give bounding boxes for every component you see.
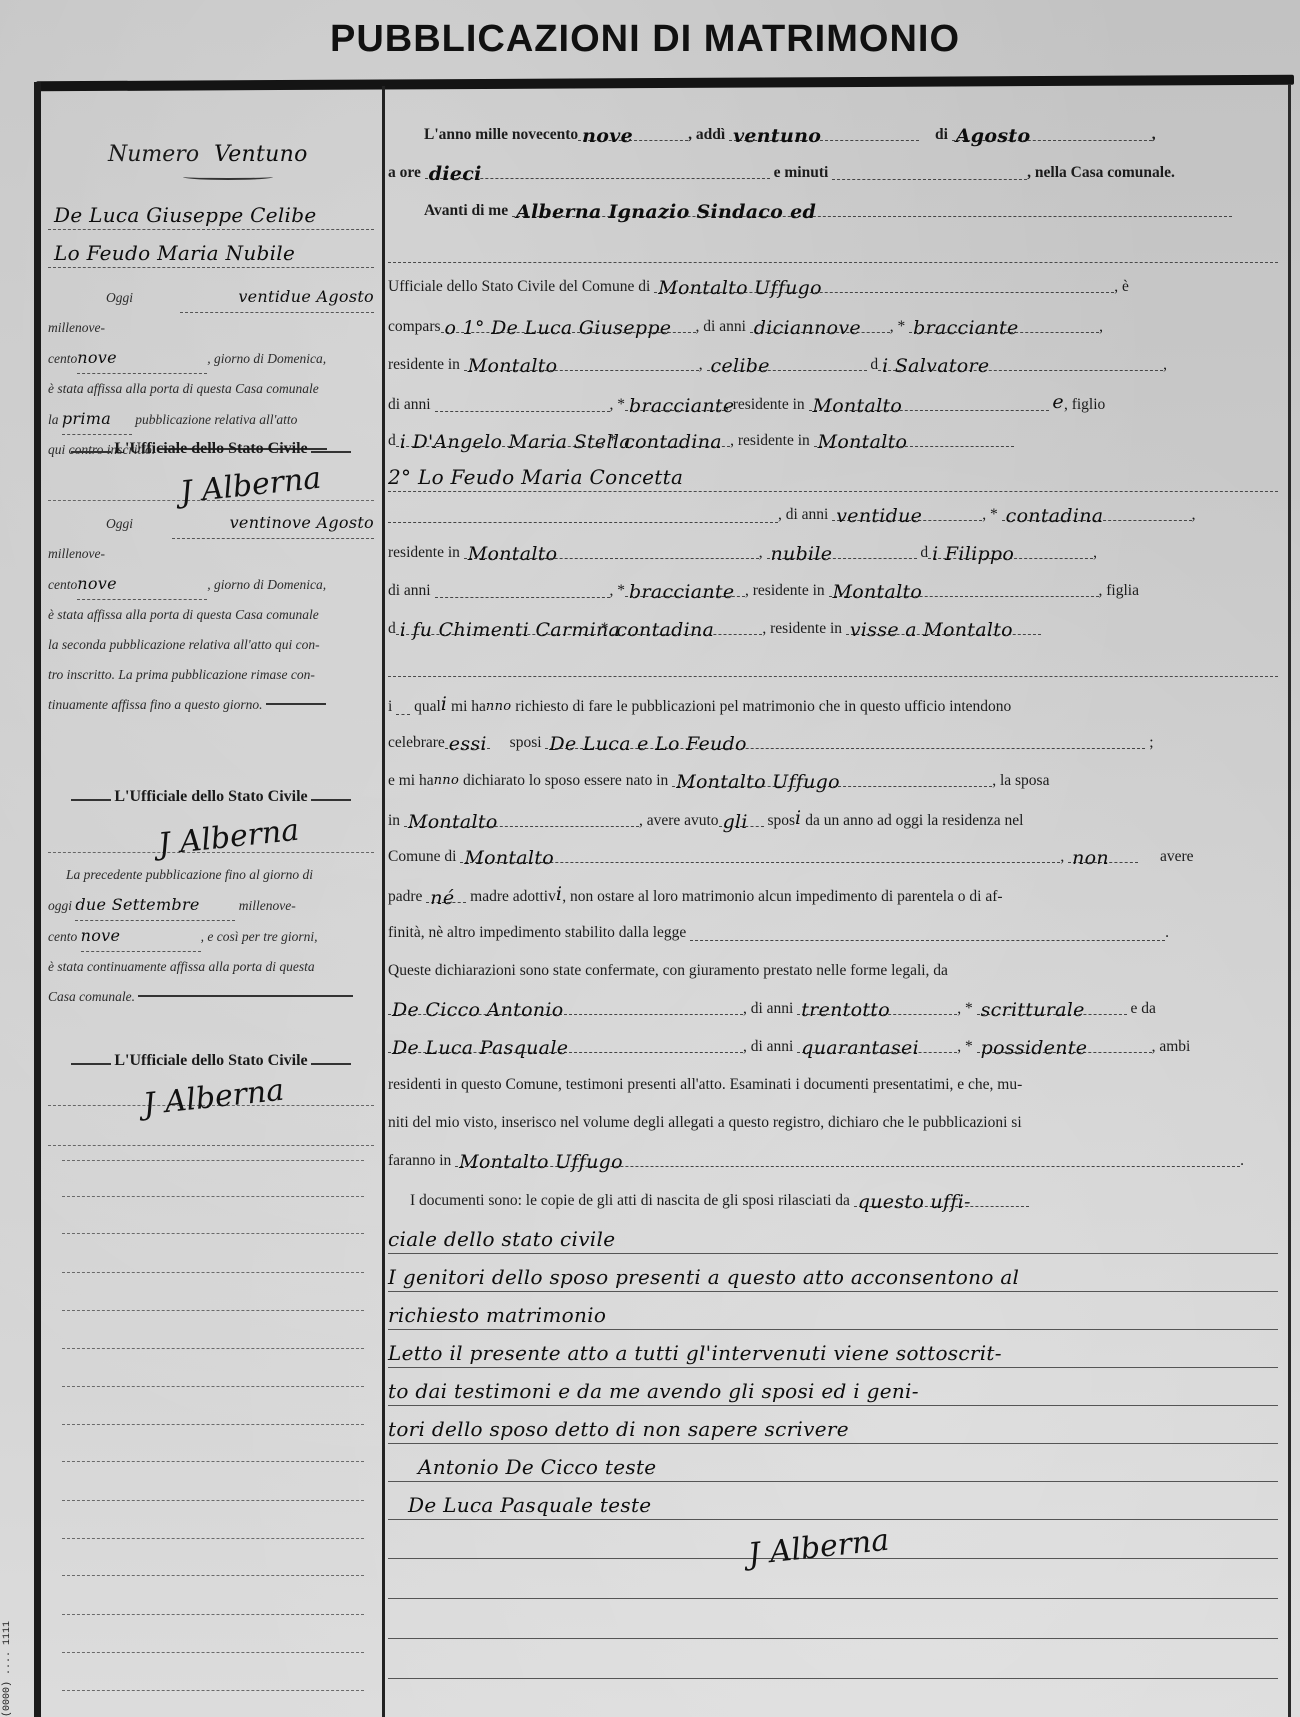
static-text: finità, nè altro impedimento stabilito d… bbox=[388, 924, 686, 941]
blank-line bbox=[388, 1638, 1278, 1639]
numero-value: Ventuno bbox=[214, 142, 308, 167]
rule bbox=[62, 1348, 364, 1349]
label: d bbox=[388, 432, 396, 449]
static-text: tro inscritto. La prima pubblicazione ri… bbox=[48, 660, 374, 690]
groom-mother-profession: contadina bbox=[620, 427, 730, 447]
documents-row: I documenti sono: le copie de gli atti d… bbox=[388, 1186, 1278, 1216]
witness-signature-line: Antonio De Cicco teste bbox=[388, 1452, 1278, 1482]
rule bbox=[62, 1272, 364, 1273]
spouse-name-line: De Luca Giuseppe Celibe bbox=[48, 200, 374, 230]
label: sposi bbox=[510, 734, 542, 751]
final-posting-date: due Settembre bbox=[75, 890, 235, 921]
groom-age: diciannove bbox=[750, 313, 890, 333]
first-posting-block: Oggi ventidue Agosto millenove- centonov… bbox=[48, 282, 374, 465]
blank bbox=[690, 921, 1165, 941]
static-text: è stata affissa alla porta di questa Cas… bbox=[48, 600, 374, 630]
witness-signature: Antonio De Cicco teste bbox=[418, 1455, 656, 1479]
label: faranno in bbox=[388, 1152, 451, 1169]
label: L'anno mille novecento bbox=[424, 126, 578, 143]
label: I documenti sono: l bbox=[410, 1192, 530, 1209]
static-text: pubblicazione relativa all'atto bbox=[135, 412, 297, 427]
officer-heading: L'Ufficiale dello Stato Civile bbox=[48, 788, 374, 806]
label: , giorno di Domenica, bbox=[207, 351, 326, 366]
faranno-row: faranno in Montalto Uffugo. bbox=[388, 1146, 1278, 1176]
request-row: i quali mi hanno richiesto di fare le pu… bbox=[388, 690, 1278, 720]
bride-father-row: di anni , *bracciante, residente in Mont… bbox=[388, 576, 1278, 606]
label: di bbox=[935, 126, 948, 143]
witness-signature: De Luca Pasquale teste bbox=[408, 1493, 651, 1517]
second-posting-year: nove bbox=[77, 569, 207, 600]
label: residente in bbox=[388, 356, 460, 373]
suffix: nno bbox=[486, 699, 511, 714]
witness-signature-line: De Luca Pasquale teste bbox=[388, 1490, 1278, 1520]
static-text: , e così per tre giorni, bbox=[201, 929, 318, 944]
publication-ordinal: prima bbox=[62, 404, 132, 435]
document-title: PUBBLICAZIONI DI MATRIMONIO bbox=[0, 18, 1300, 61]
handwritten-text: richiesto matrimonio bbox=[388, 1303, 606, 1327]
spouses-surnames: De Luca e Lo Feudo bbox=[545, 729, 1145, 749]
rule bbox=[62, 1310, 364, 1311]
label: , residente in bbox=[762, 620, 842, 637]
documents-issuer: questo uffi- bbox=[854, 1187, 1029, 1207]
rule bbox=[62, 1196, 364, 1197]
label: Oggi bbox=[106, 516, 133, 531]
decorative-swash bbox=[183, 174, 273, 180]
witness-name: De Luca Pasquale bbox=[388, 1033, 743, 1053]
residence-row: in Montalto, avere avutogli sposi da un … bbox=[388, 804, 1278, 834]
first-posting-date: ventidue Agosto bbox=[180, 282, 374, 313]
column-divider bbox=[382, 86, 385, 1717]
label: i bbox=[388, 698, 392, 715]
comune-row: Ufficiale dello Stato Civile del Comune … bbox=[388, 272, 1278, 302]
label: Ufficiale dello Stato Civile del Comune … bbox=[388, 278, 650, 295]
rule bbox=[62, 1652, 364, 1653]
handwritten-line: Letto il presente atto a tutti gl'interv… bbox=[388, 1338, 1278, 1368]
avuto-value: gli bbox=[719, 807, 764, 827]
handwritten-text: Letto il presente atto a tutti gl'interv… bbox=[388, 1341, 1002, 1365]
bride-mother-profession: contadina bbox=[612, 615, 762, 635]
rule bbox=[62, 1424, 364, 1425]
label: celebrare bbox=[388, 734, 445, 751]
bride-mother-row: di fu Chimenti Carmina* contadina, resid… bbox=[388, 614, 1278, 644]
witness-profession: possidente bbox=[977, 1033, 1152, 1053]
bride-name-status: Lo Feudo Maria Nubile bbox=[54, 241, 295, 265]
officer-final-signature: J Alberna bbox=[747, 1523, 891, 1573]
label: , la sposa bbox=[992, 772, 1049, 789]
impediment-row: padre né madre adottivi, non ostare al l… bbox=[388, 880, 1278, 910]
static-text: , non ostare al loro matrimonio alcun im… bbox=[562, 888, 1002, 905]
rule bbox=[62, 1160, 364, 1161]
witness-name: De Cicco Antonio bbox=[388, 995, 743, 1015]
label: di anni bbox=[388, 582, 431, 599]
witness-text-row: residenti in questo Comune, testimoni pr… bbox=[388, 1070, 1278, 1100]
label: di anni bbox=[388, 396, 431, 413]
second-posting-date: ventinove Agosto bbox=[172, 508, 374, 539]
suffix: i bbox=[556, 883, 562, 905]
first-posting-year: nove bbox=[77, 343, 207, 374]
blank-line bbox=[388, 1598, 1278, 1599]
label: e da bbox=[1131, 1000, 1156, 1017]
frame-right-border bbox=[1288, 84, 1291, 1717]
groom-name: o 1° De Luca Giuseppe bbox=[441, 313, 696, 333]
label: , residente in bbox=[730, 432, 810, 449]
label: , giorno di Domenica, bbox=[207, 577, 326, 592]
label: mi ha bbox=[451, 698, 486, 715]
handwritten-line: ciale dello stato civile bbox=[388, 1224, 1278, 1254]
static-text: residenti in questo Comune, testimoni pr… bbox=[388, 1076, 1022, 1093]
label: , è bbox=[1114, 278, 1129, 295]
label: , ambi bbox=[1152, 1038, 1191, 1055]
label: d bbox=[388, 620, 396, 637]
bride-father-residence: Montalto bbox=[829, 577, 1099, 597]
spouse-name-line: Lo Feudo Maria Nubile bbox=[48, 238, 374, 268]
static-text: Queste dichiarazioni sono state conferma… bbox=[388, 962, 948, 979]
groom-residence-row: residente in Montalto, celibe di Salvato… bbox=[388, 350, 1278, 380]
minutes-value bbox=[832, 160, 1027, 180]
label: a ore bbox=[388, 164, 421, 181]
groom-father-residence: Montalto bbox=[809, 391, 1049, 411]
final-posting-block: La precedente pubblicazione fino al gior… bbox=[48, 860, 374, 1012]
comune-residence-row: Comune di Montalto, non avere bbox=[388, 842, 1278, 872]
blank-line bbox=[48, 1145, 374, 1146]
rule bbox=[138, 995, 353, 997]
groom-mother: i D'Angelo Maria Stella bbox=[396, 427, 601, 447]
label: cento bbox=[48, 929, 77, 944]
label: qual bbox=[414, 698, 441, 715]
bride-father-profession: bracciante bbox=[625, 577, 745, 597]
officer-signature: J Alberna bbox=[179, 461, 323, 511]
rule bbox=[62, 1233, 364, 1234]
label: Oggi bbox=[106, 290, 133, 305]
bride-mother: i fu Chimenti Carmina bbox=[396, 615, 601, 635]
handwritten-line: to dai testimoni e da me avendo gli spos… bbox=[388, 1376, 1278, 1406]
label: in bbox=[388, 812, 400, 829]
static-text: è stata affissa alla porta di questa Cas… bbox=[48, 374, 374, 404]
residence-comune: Montalto bbox=[460, 843, 1060, 863]
groom-residence: Montalto bbox=[464, 351, 699, 371]
rule bbox=[62, 1575, 364, 1576]
label: , di anni bbox=[743, 1038, 793, 1055]
label: millenove- bbox=[239, 898, 296, 913]
suffix: i bbox=[441, 693, 447, 715]
label: oggi bbox=[48, 898, 72, 913]
blank bbox=[396, 695, 410, 715]
witness-age: quarantasei bbox=[797, 1033, 957, 1053]
label: Avanti di me bbox=[424, 202, 508, 219]
label: millenove- bbox=[48, 320, 105, 335]
handwritten-line: richiesto matrimonio bbox=[388, 1300, 1278, 1330]
label: spos bbox=[767, 812, 795, 829]
numero-label: Numero bbox=[108, 142, 199, 167]
celebrate-row: celebrareessi sposi De Luca e Lo Feudo ; bbox=[388, 728, 1278, 758]
rule bbox=[62, 1538, 364, 1539]
blank-line bbox=[388, 262, 1278, 263]
blank bbox=[388, 503, 778, 523]
margin-stamp: (0000) .... 1111 bbox=[2, 1500, 16, 1717]
publication-place: Montalto Uffugo bbox=[455, 1147, 1240, 1167]
officer-name-value: Alberna Ignazio Sindaco ed bbox=[512, 197, 1232, 217]
rule bbox=[62, 1614, 364, 1615]
label: cento bbox=[48, 577, 77, 592]
frame-top-border bbox=[36, 75, 1294, 92]
label: compars bbox=[388, 318, 441, 335]
witness-age: trentotto bbox=[797, 995, 957, 1015]
witness-profession: scritturale bbox=[977, 995, 1127, 1015]
groom-mother-residence: Montalto bbox=[814, 427, 1014, 447]
label: da un anno ad oggi la residenza nel bbox=[805, 812, 1023, 829]
month-value: Agosto bbox=[952, 121, 1152, 141]
bride-profession: contadina bbox=[1002, 501, 1192, 521]
non-value: non bbox=[1068, 843, 1138, 863]
time-row: a ore dieci e minuti , nella Casa comuna… bbox=[388, 158, 1278, 188]
static-text: tinuamente affissa fino a questo giorno. bbox=[48, 697, 263, 712]
label: , addì bbox=[688, 126, 725, 143]
handwritten-line: tori dello sposo detto di non sapere scr… bbox=[388, 1414, 1278, 1444]
day-value: ventuno bbox=[729, 121, 919, 141]
label: , di anni bbox=[778, 506, 828, 523]
bride-birthplace: Montalto bbox=[404, 807, 639, 827]
witness-text-row: niti del mio visto, inserisco nel volume… bbox=[388, 1108, 1278, 1138]
witness-row: De Cicco Antonio, di anni trentotto, * s… bbox=[388, 994, 1278, 1024]
label: residente in bbox=[388, 544, 460, 561]
bride-name-line: 2° Lo Feudo Maria Concetta bbox=[388, 462, 1278, 492]
officer-row: Avanti di me Alberna Ignazio Sindaco ed bbox=[388, 196, 1278, 226]
rule bbox=[62, 1690, 364, 1691]
label: , residente in bbox=[745, 582, 825, 599]
groom-row: comparso 1° De Luca Giuseppe, di anni di… bbox=[388, 312, 1278, 342]
groom-profession: bracciante bbox=[909, 313, 1099, 333]
blank-line bbox=[388, 1678, 1278, 1679]
label: madre adottiv bbox=[470, 888, 556, 905]
label: padre bbox=[388, 888, 422, 905]
label: , di anni bbox=[743, 1000, 793, 1017]
groom-father-profession: bracciante bbox=[625, 391, 725, 411]
hour-value: dieci bbox=[425, 159, 770, 179]
year-date-row: L'anno mille novecentonove, addì ventuno… bbox=[388, 120, 1278, 150]
groom-father: i Salvatore bbox=[878, 351, 1163, 371]
record-number: Numero Ventuno bbox=[108, 142, 308, 167]
rule bbox=[266, 703, 326, 705]
blank-line bbox=[388, 676, 1278, 677]
bride-mother-residence: visse a Montalto bbox=[846, 615, 1041, 635]
bride-age: ventidue bbox=[832, 501, 982, 521]
static-text: richiesto di fare le pubblicazioni pel m… bbox=[515, 698, 1011, 715]
rule bbox=[62, 1461, 364, 1462]
groom-birthplace: Montalto Uffugo bbox=[672, 767, 992, 787]
label: Comune di bbox=[388, 848, 456, 865]
officer-heading: L'Ufficiale dello Stato Civile bbox=[48, 440, 374, 458]
label: , figlia bbox=[1099, 582, 1139, 599]
static-text: è stata continuamente affissa alla porta… bbox=[48, 952, 374, 982]
groom-father-age bbox=[435, 392, 610, 412]
label: ; bbox=[1149, 734, 1153, 751]
padre-value: né bbox=[426, 883, 466, 903]
final-posting-year: nove bbox=[81, 921, 201, 952]
label: e mi ha bbox=[388, 772, 434, 789]
static-text: la seconda pubblicazione relativa all'at… bbox=[48, 630, 374, 660]
bride-father: i Filippo bbox=[928, 539, 1093, 559]
groom-marital-status: celibe bbox=[707, 351, 867, 371]
label: la bbox=[48, 412, 59, 427]
label: , nella Casa comunale. bbox=[1027, 164, 1175, 181]
frame-left-border bbox=[34, 82, 41, 1717]
groom-name-status: De Luca Giuseppe Celibe bbox=[54, 203, 317, 227]
static-text: La precedente pubblicazione fino al gior… bbox=[48, 860, 374, 890]
bride-residence: Montalto bbox=[464, 539, 759, 559]
connector: e bbox=[1052, 391, 1064, 413]
bride-residence-row: residente in Montalto, nubile di Filippo… bbox=[388, 538, 1278, 568]
label: d bbox=[870, 356, 878, 373]
suffix: i bbox=[795, 807, 801, 829]
rule bbox=[62, 1386, 364, 1387]
label: cento bbox=[48, 351, 77, 366]
comune-value: Montalto Uffugo bbox=[654, 273, 1114, 293]
officer-signature: J Alberna bbox=[157, 813, 301, 863]
handwritten-text: tori dello sposo detto di non sapere scr… bbox=[388, 1417, 849, 1441]
groom-mother-row: di D'Angelo Maria Stella, * contadina, r… bbox=[388, 426, 1278, 456]
bride-name: 2° Lo Feudo Maria Concetta bbox=[388, 465, 683, 489]
bride-marital-status: nubile bbox=[767, 539, 917, 559]
year-value: nove bbox=[578, 121, 688, 141]
static-text: niti del mio visto, inserisco nel volume… bbox=[388, 1114, 1022, 1131]
rule bbox=[62, 1500, 364, 1501]
handwritten-text: to dai testimoni e da me avendo gli spos… bbox=[388, 1379, 919, 1403]
static-text: e copie de gli atti di nascita de gli sp… bbox=[530, 1192, 850, 1209]
document-page: PUBBLICAZIONI DI MATRIMONIO (0000) .... … bbox=[0, 0, 1300, 1717]
witness-intro-row: Queste dichiarazioni sono state conferma… bbox=[388, 956, 1278, 986]
label: e minuti bbox=[774, 164, 829, 181]
celebrare-value: essi bbox=[445, 729, 490, 749]
label: dichiarato lo sposo essere nato in bbox=[463, 772, 668, 789]
birthplace-row: e mi hanno dichiarato lo sposo essere na… bbox=[388, 766, 1278, 796]
handwritten-text: I genitori dello sposo presenti a questo… bbox=[388, 1265, 1019, 1289]
groom-father-row: di anni , *bracciante, residente in Mont… bbox=[388, 388, 1278, 418]
finita-row: finità, nè altro impedimento stabilito d… bbox=[388, 918, 1278, 948]
label: millenove- bbox=[48, 546, 105, 561]
suffix: nno bbox=[434, 773, 459, 788]
bride-father-age bbox=[435, 578, 610, 598]
label: , residente in bbox=[725, 396, 805, 413]
label: , di anni bbox=[696, 318, 746, 335]
label: d bbox=[920, 544, 928, 561]
handwritten-line: I genitori dello sposo presenti a questo… bbox=[388, 1262, 1278, 1292]
handwritten-text: ciale dello stato civile bbox=[388, 1227, 615, 1251]
label: , avere avuto bbox=[639, 812, 719, 829]
static-text: Casa comunale. bbox=[48, 989, 135, 1004]
officer-heading: L'Ufficiale dello Stato Civile bbox=[48, 1052, 374, 1070]
label: avere bbox=[1160, 848, 1194, 865]
officer-signature: J Alberna bbox=[142, 1073, 286, 1123]
bride-age-row: , di anni ventidue, * contadina, bbox=[388, 500, 1278, 530]
second-posting-block: Oggi ventinove Agosto millenove- centono… bbox=[48, 508, 374, 720]
label: figlio bbox=[1072, 396, 1106, 413]
witness-row: De Luca Pasquale, di anni quarantasei, *… bbox=[388, 1032, 1278, 1062]
